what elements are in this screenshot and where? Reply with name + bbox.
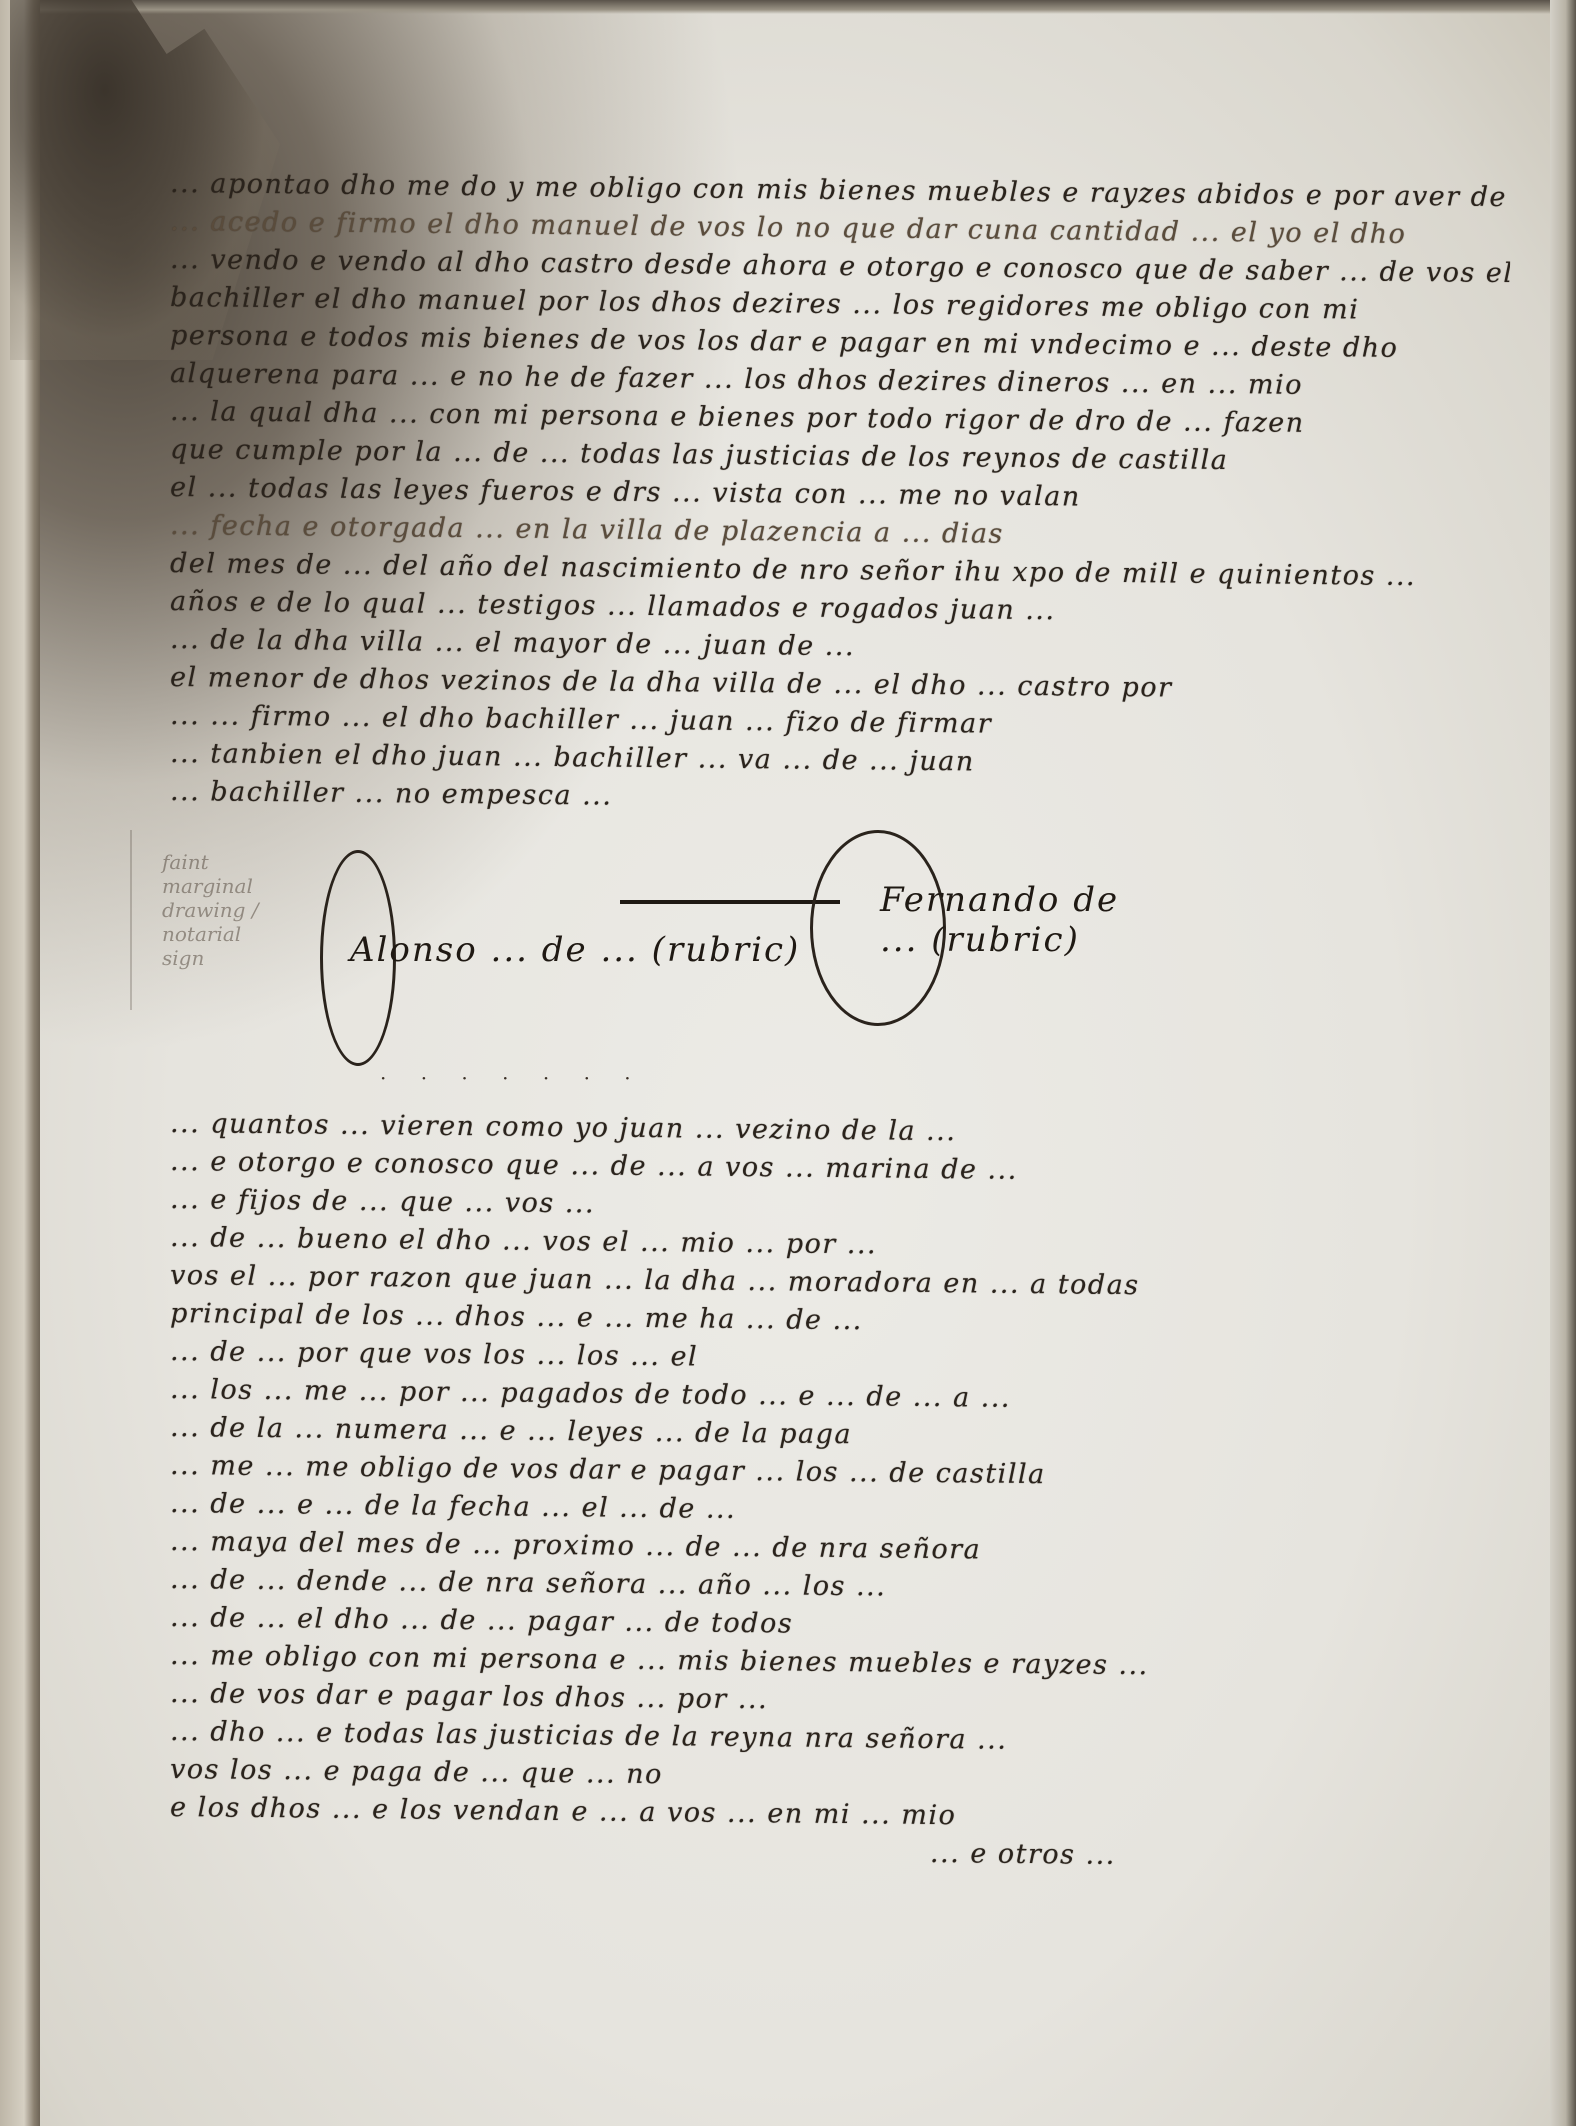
margin-sketch: faint marginal drawing / notarial sign: [130, 830, 262, 1010]
page-top-edge: [0, 0, 1576, 14]
separator-dots: · · · · · · ·: [380, 1066, 645, 1090]
text-block-upper: ... apontao dho me do y me obligo con mi…: [170, 168, 1510, 814]
signature-rule: [620, 900, 840, 904]
signature-right: Fernando de ... (rubric): [880, 880, 1170, 960]
signature-area: faint marginal drawing / notarial sign A…: [120, 830, 1170, 1070]
signature-left: Alonso ... de ... (rubric): [350, 930, 800, 970]
page-right-edge: [1550, 0, 1576, 2126]
text-block-lower: ... quantos ... vieren como yo juan ... …: [170, 1108, 1510, 1868]
manuscript-page: ... apontao dho me do y me obligo con mi…: [0, 0, 1576, 2126]
margin-sketch-label: faint marginal drawing / notarial sign: [162, 850, 262, 970]
